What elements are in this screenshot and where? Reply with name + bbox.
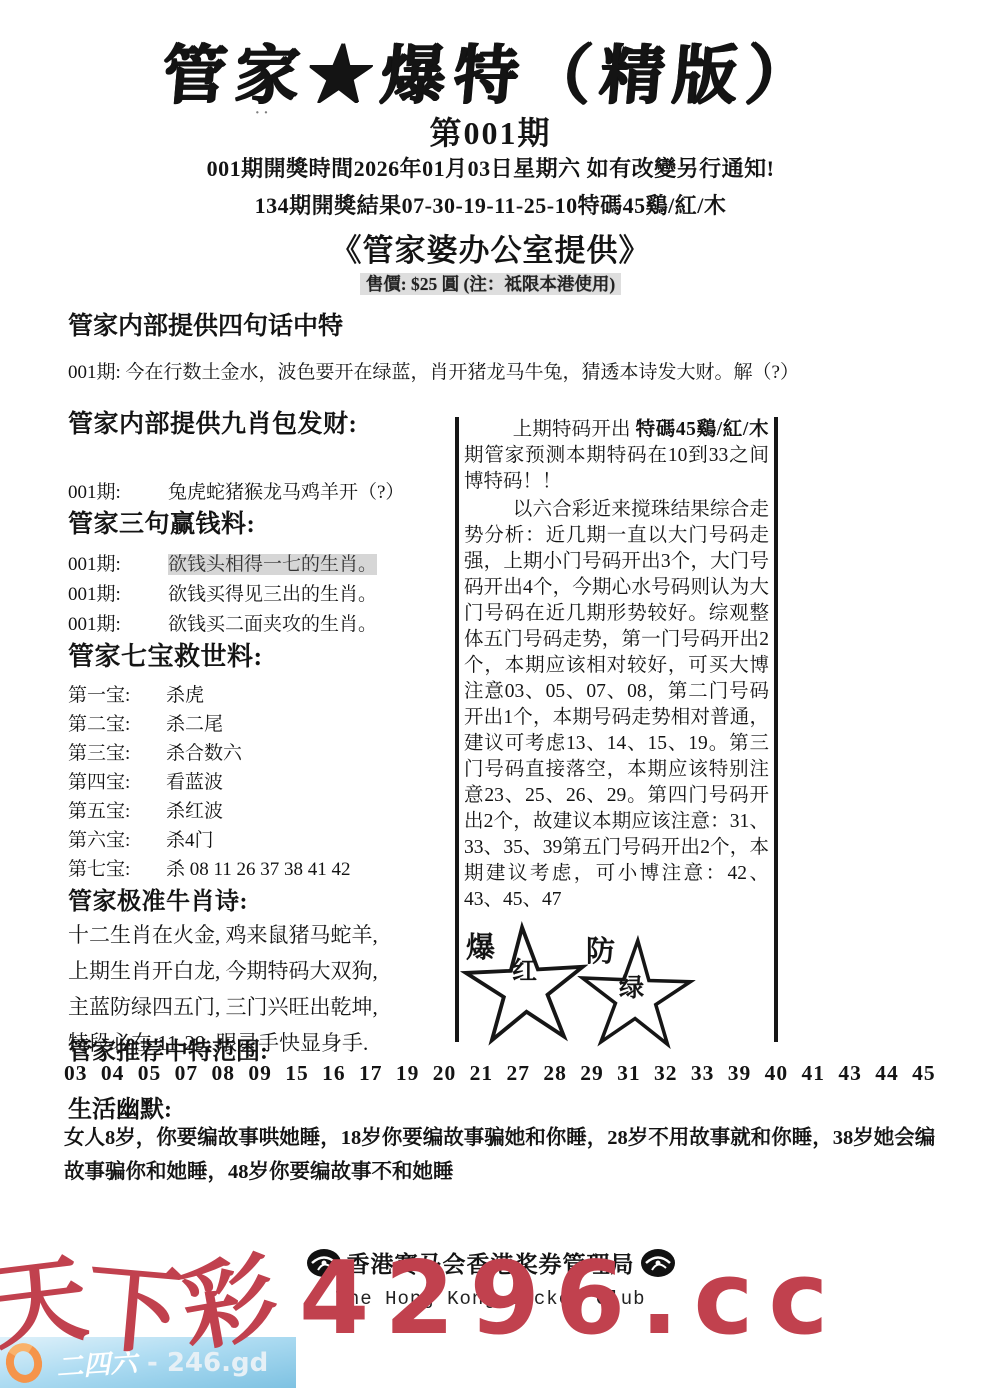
treasure-row: 第五宝:杀红波 <box>68 801 460 823</box>
analysis-paragraph-2: 以六合彩近来搅珠结果综合走势分析：近几期一直以大门号码走强，上期小门号码开出3个… <box>464 497 769 913</box>
star-inner-red: 红 <box>512 959 537 985</box>
provider-line: 《管家婆办公室提供》 <box>0 225 981 270</box>
tip-row: 001期:欲钱买二面夹攻的生肖。 <box>68 614 460 636</box>
section-heading-four-sentence: 管家内部提供四句话中特 <box>68 306 343 342</box>
treasure-label: 第二宝: <box>68 714 166 736</box>
treasure-text: 杀虎 <box>166 685 204 706</box>
treasure-label: 第一宝: <box>68 685 166 707</box>
poem-line: 十二生肖在火金, 鸡来鼠猪马蛇羊, <box>68 919 460 952</box>
treasure-label: 第三宝: <box>68 743 166 765</box>
site-watermark: 天 下 彩 4296.cc <box>0 1254 843 1355</box>
tip-label: 001期: <box>68 554 168 576</box>
treasure-label: 第七宝: <box>68 859 166 881</box>
left-column: 管家内部提供九肖包发财: 001期:兔虎蛇猪猴龙马鸡羊开（?） 管家三句赢钱料:… <box>68 404 460 1060</box>
treasure-label: 第五宝: <box>68 801 166 823</box>
page-title: 管家★爆特（精版） <box>0 24 981 116</box>
star-inner-green: 绿 <box>619 976 644 1002</box>
treasure-row: 第七宝:杀 08 11 26 37 38 41 42 <box>68 859 460 881</box>
treasure-text: 杀红波 <box>166 801 223 822</box>
nine-zodiac-text: 兔虎蛇猪猴龙马鸡羊开（?） <box>168 482 404 503</box>
nine-zodiac-label: 001期: <box>68 482 168 504</box>
recommended-numbers: 03 04 05 07 08 09 15 16 17 19 20 21 27 2… <box>64 1061 964 1086</box>
poem-line: 主蓝防绿四五门, 三门兴旺出乾坤, <box>68 991 460 1024</box>
section-heading-nine-zodiac: 管家内部提供九肖包发财: <box>68 404 460 440</box>
watermark-site-url: 4296.cc <box>299 1248 843 1349</box>
treasure-text: 杀 08 11 26 37 38 41 42 <box>166 859 351 880</box>
nine-zodiac-row: 001期:兔虎蛇猪猴龙马鸡羊开（?） <box>68 482 460 504</box>
watermark-char: 天 <box>0 1252 92 1358</box>
section-heading-zodiac-poem: 管家极准牛肖诗: <box>68 881 460 916</box>
last-result-line: 134期開獎結果07-30-19-11-25-10特碼45鷄/紅/木 <box>0 189 981 220</box>
treasure-text: 看蓝波 <box>166 772 223 793</box>
tip-label: 001期: <box>68 614 168 636</box>
poem-line: 上期生肖开白龙, 今期特码大双狗, <box>68 955 460 988</box>
tip-text: 欲钱买得见三出的生肖。 <box>168 584 377 605</box>
treasure-row: 第二宝:杀二尾 <box>68 714 460 736</box>
four-sentence-body: 001期: 今在行数土金水，波色要开在绿蓝，肖开猪龙马牛兔，猜透本诗发大财。解（… <box>68 357 928 384</box>
watermark-char: 彩 <box>175 1249 285 1359</box>
analysis-panel: 上期特码开出 特碼45鷄/紅/木期管家预测本期特码在10到33之间博特码！！ 以… <box>455 417 778 1042</box>
price-text: 售價: $25 圓 (注：祗限本港使用) <box>360 273 621 295</box>
treasure-row: 第一宝:杀虎 <box>68 685 460 707</box>
issue-number: 第001期 <box>0 108 981 154</box>
treasure-text: 杀4门 <box>166 830 214 851</box>
section-heading-three-tips: 管家三句赢钱料: <box>68 504 460 540</box>
treasure-label: 第四宝: <box>68 772 166 794</box>
analysis-paragraph-1: 上期特码开出 特碼45鷄/紅/木期管家预测本期特码在10到33之间博特码！！ <box>464 417 769 495</box>
treasure-text: 杀二尾 <box>166 714 223 735</box>
tip-row: 001期:欲钱买得见三出的生肖。 <box>68 584 460 606</box>
treasure-text: 杀合数六 <box>166 743 242 764</box>
section-heading-humor: 生活幽默: <box>68 1089 172 1124</box>
analysis-p1-rest: 期管家预测本期特码在10到33之间博特码！！ <box>464 445 769 492</box>
treasure-row: 第三宝:杀合数六 <box>68 743 460 765</box>
humor-body: 女人8岁，你要编故事哄她睡，18岁你要编故事骗她和你睡，28岁不用故事就和你睡，… <box>64 1121 952 1189</box>
stars-row: 爆 红 防 绿 <box>464 923 769 1063</box>
tip-label: 001期: <box>68 584 168 606</box>
tip-row: 001期:欲钱头相得一七的生肖。 <box>68 554 460 576</box>
analysis-p1-prefix: 上期特码开出 <box>513 419 636 440</box>
watermark-char: 下 <box>82 1260 185 1363</box>
treasure-row: 第四宝:看蓝波 <box>68 772 460 794</box>
last-special-code: 特碼45鷄/紅/木 <box>636 419 769 440</box>
treasure-label: 第六宝: <box>68 830 166 852</box>
lottery-tipsheet-page: 管家★爆特（精版） ·· 第001期 001期開獎時間2026年01月03日星期… <box>0 0 981 1388</box>
section-heading-seven-treasures: 管家七宝救世料: <box>68 636 460 673</box>
treasure-row: 第六宝:杀4门 <box>68 830 460 852</box>
draw-time-line: 001期開獎時間2026年01月03日星期六 如有改變另行通知! <box>0 152 981 183</box>
tip-text: 欲钱头相得一七的生肖。 <box>168 554 377 575</box>
price-line: 售價: $25 圓 (注：祗限本港使用) <box>0 271 981 296</box>
tip-text: 欲钱买二面夹攻的生肖。 <box>168 614 377 635</box>
